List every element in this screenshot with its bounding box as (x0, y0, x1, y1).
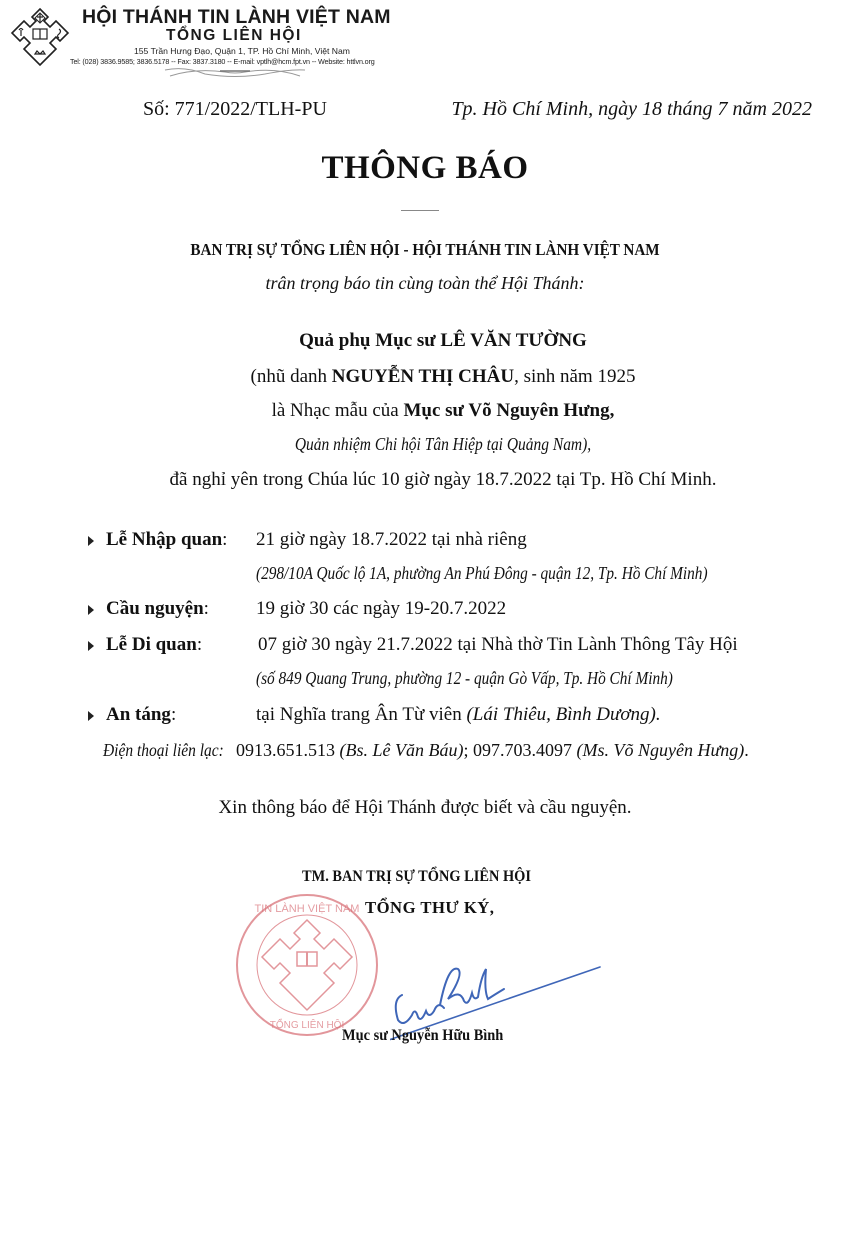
flourish-divider-icon (160, 66, 310, 80)
reference-number: Số: 771/2022/TLH-PU (143, 98, 327, 121)
intro: trân trọng báo tin cùng toàn thể Hội Thá… (0, 273, 850, 294)
org-address: 155 Trần Hưng Đạo, Quận 1, TP. Hồ Chí Mi… (134, 46, 350, 56)
event-label: Lễ Di quan (106, 634, 197, 655)
event-value: 07 giờ 30 ngày 21.7.2022 tại Nhà thờ Tin… (258, 634, 738, 656)
org-name: HỘI THÁNH TIN LÀNH VIỆT NAM (82, 6, 391, 29)
contact-person-2: (Ms. Võ Nguyên Hưng) (576, 740, 744, 760)
passing-info: đã nghỉ yên trong Chúa lúc 10 giờ ngày 1… (18, 469, 850, 491)
red-seal-stamp-icon: TIN LÀNH VIỆT NAM TỔNG LIÊN HỘI (232, 890, 382, 1040)
birth-year: , sinh năm 1925 (514, 366, 635, 387)
signatory-name: Mục sư Nguyễn Hữu Bình (342, 1027, 503, 1045)
contact-label: Điện thoại liên lạc: (103, 740, 224, 761)
event-value: tại Nghĩa trang Ân Từ viên (256, 704, 466, 725)
bullet-icon (88, 536, 94, 546)
event-value: 21 giờ ngày 18.7.2022 tại nhà riêng (256, 529, 527, 551)
relation-prefix: là Nhạc mẫu của (272, 400, 404, 421)
event-colon: : (222, 529, 227, 550)
phone-1: 0913.651.513 (236, 740, 335, 760)
phone-2: 097.703.4097 (473, 740, 572, 760)
issuer: BAN TRỊ SỰ TỔNG LIÊN HỘI - HỘI THÁNH TIN… (34, 240, 816, 260)
event-label: Cầu nguyện (106, 598, 204, 619)
org-contact: Tel: (028) 3836.9585; 3836.5178 -- Fax: … (70, 57, 375, 66)
event-value: 19 giờ 30 các ngày 19-20.7.2022 (256, 598, 506, 620)
event-label: Lễ Nhập quan (106, 529, 222, 550)
maiden-name: NGUYỄN THỊ CHÂU (332, 366, 514, 387)
place-date: Tp. Hồ Chí Minh, ngày 18 tháng 7 năm 202… (451, 98, 812, 121)
pastor-role: Quản nhiệm Chi hội Tân Hiệp tại Quảng Na… (78, 434, 809, 455)
page-title: THÔNG BÁO (0, 150, 850, 187)
event-note: (298/10A Quốc lộ 1A, phường An Phú Đông … (256, 563, 708, 584)
maiden-prefix: (nhũ danh (251, 366, 332, 387)
contact-person-1: (Bs. Lê Văn Báu) (339, 740, 463, 760)
event-colon: : (197, 634, 202, 655)
separator: ; (463, 740, 468, 760)
title-divider (401, 210, 439, 211)
deceased-name: Quả phụ Mục sư LÊ VĂN TƯỜNG (18, 330, 850, 352)
event-colon: : (171, 704, 176, 725)
svg-text:TỔNG LIÊN HỘI: TỔNG LIÊN HỘI (270, 1018, 344, 1031)
signatory-org: TM. BAN TRỊ SỰ TỔNG LIÊN HỘI (302, 868, 531, 886)
event-note: (số 849 Quang Trung, phường 12 - quận Gò… (256, 668, 673, 689)
relation-name: Mục sư Võ Nguyên Hưng, (403, 400, 614, 421)
svg-text:TIN LÀNH VIỆT NAM: TIN LÀNH VIỆT NAM (255, 902, 360, 915)
contact-phone-line: Điện thoại liên lạc: 0913.651.513 (Bs. L… (103, 740, 749, 761)
bullet-icon (88, 641, 94, 651)
end-punct: . (744, 740, 749, 760)
event-label: An táng (106, 704, 171, 725)
event-colon: : (204, 598, 209, 619)
signatory-title: TỔNG THƯ KÝ, (365, 898, 494, 918)
closing-line: Xin thông báo để Hội Thánh được biết và … (0, 797, 850, 819)
org-subtitle: TỔNG LIÊN HỘI (166, 27, 302, 45)
maiden-name-line: (nhũ danh NGUYỄN THỊ CHÂU, sinh năm 1925 (18, 366, 850, 388)
bullet-icon (88, 605, 94, 615)
church-cross-emblem-icon (4, 6, 76, 72)
event-location-note: (Lái Thiêu, Bình Dương). (466, 704, 660, 725)
bullet-icon (88, 711, 94, 721)
relation-line: là Nhạc mẫu của Mục sư Võ Nguyên Hưng, (18, 400, 850, 422)
